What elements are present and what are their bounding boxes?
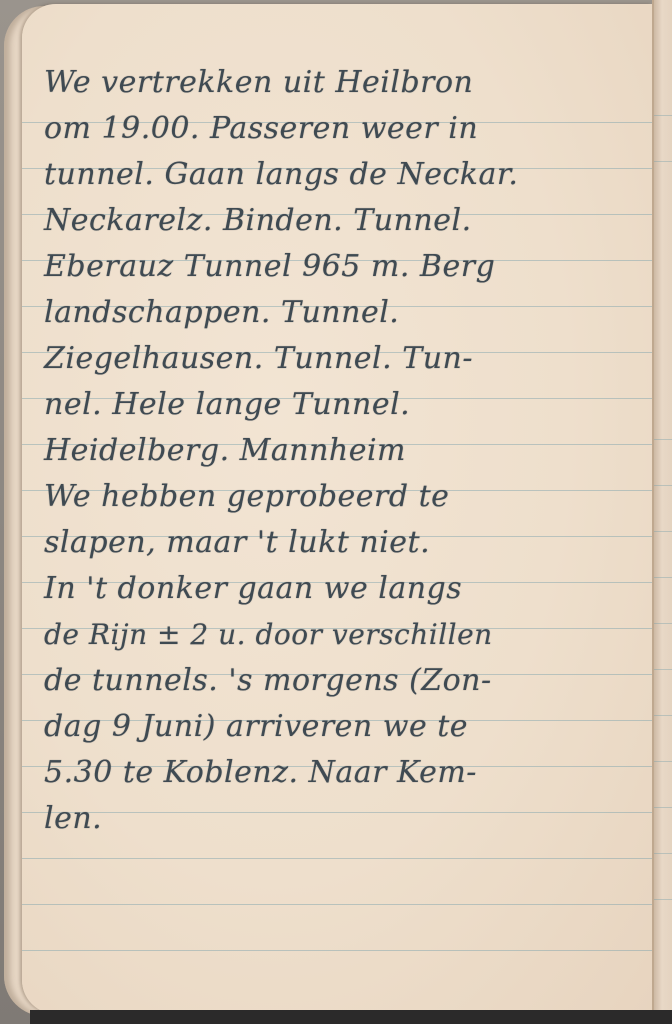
ruled-line bbox=[654, 807, 672, 808]
ruled-line bbox=[22, 858, 652, 859]
ruled-line bbox=[654, 623, 672, 624]
ruled-line bbox=[654, 669, 672, 670]
ruled-line bbox=[654, 485, 672, 486]
text-line: len. bbox=[44, 796, 644, 842]
text-line: slapen, maar 't lukt niet. bbox=[44, 520, 644, 566]
ruled-line bbox=[654, 161, 672, 162]
ruled-line bbox=[654, 115, 672, 116]
text-line: We hebben geprobeerd te bbox=[44, 474, 644, 520]
text-line: Heidelberg. Mannheim bbox=[44, 428, 644, 474]
cover-edge bbox=[30, 1010, 672, 1024]
text-line: Ziegelhausen. Tunnel. Tun- bbox=[44, 336, 644, 382]
ruled-line bbox=[654, 715, 672, 716]
ruled-line bbox=[654, 439, 672, 440]
ruled-line bbox=[22, 904, 652, 905]
text-line: We vertrekken uit Heilbron bbox=[44, 60, 644, 106]
notebook: We vertrekken uit Heilbron om 19.00. Pas… bbox=[0, 0, 672, 1024]
text-line: Neckarelz. Binden. Tunnel. bbox=[44, 198, 644, 244]
handwritten-text: We vertrekken uit Heilbron om 19.00. Pas… bbox=[44, 60, 644, 842]
ruled-line bbox=[654, 577, 672, 578]
text-line: dag 9 Juni) arriveren we te bbox=[44, 704, 644, 750]
ruled-line bbox=[654, 853, 672, 854]
text-line: In 't donker gaan we langs bbox=[44, 566, 644, 612]
ruled-line bbox=[22, 950, 652, 951]
text-line: tunnel. Gaan langs de Neckar. bbox=[44, 152, 644, 198]
ruled-line bbox=[654, 531, 672, 532]
ruled-line bbox=[654, 899, 672, 900]
facing-page-edge bbox=[652, 0, 672, 1010]
text-line: de tunnels. 's morgens (Zon- bbox=[44, 658, 644, 704]
text-line: landschappen. Tunnel. bbox=[44, 290, 644, 336]
text-line: 5.30 te Koblenz. Naar Kem- bbox=[44, 750, 644, 796]
text-line: Eberauz Tunnel 965 m. Berg bbox=[44, 244, 644, 290]
ruled-line bbox=[654, 761, 672, 762]
text-line: nel. Hele lange Tunnel. bbox=[44, 382, 644, 428]
text-line: de Rijn ± 2 u. door verschillen bbox=[44, 612, 644, 658]
text-line: om 19.00. Passeren weer in bbox=[44, 106, 644, 152]
